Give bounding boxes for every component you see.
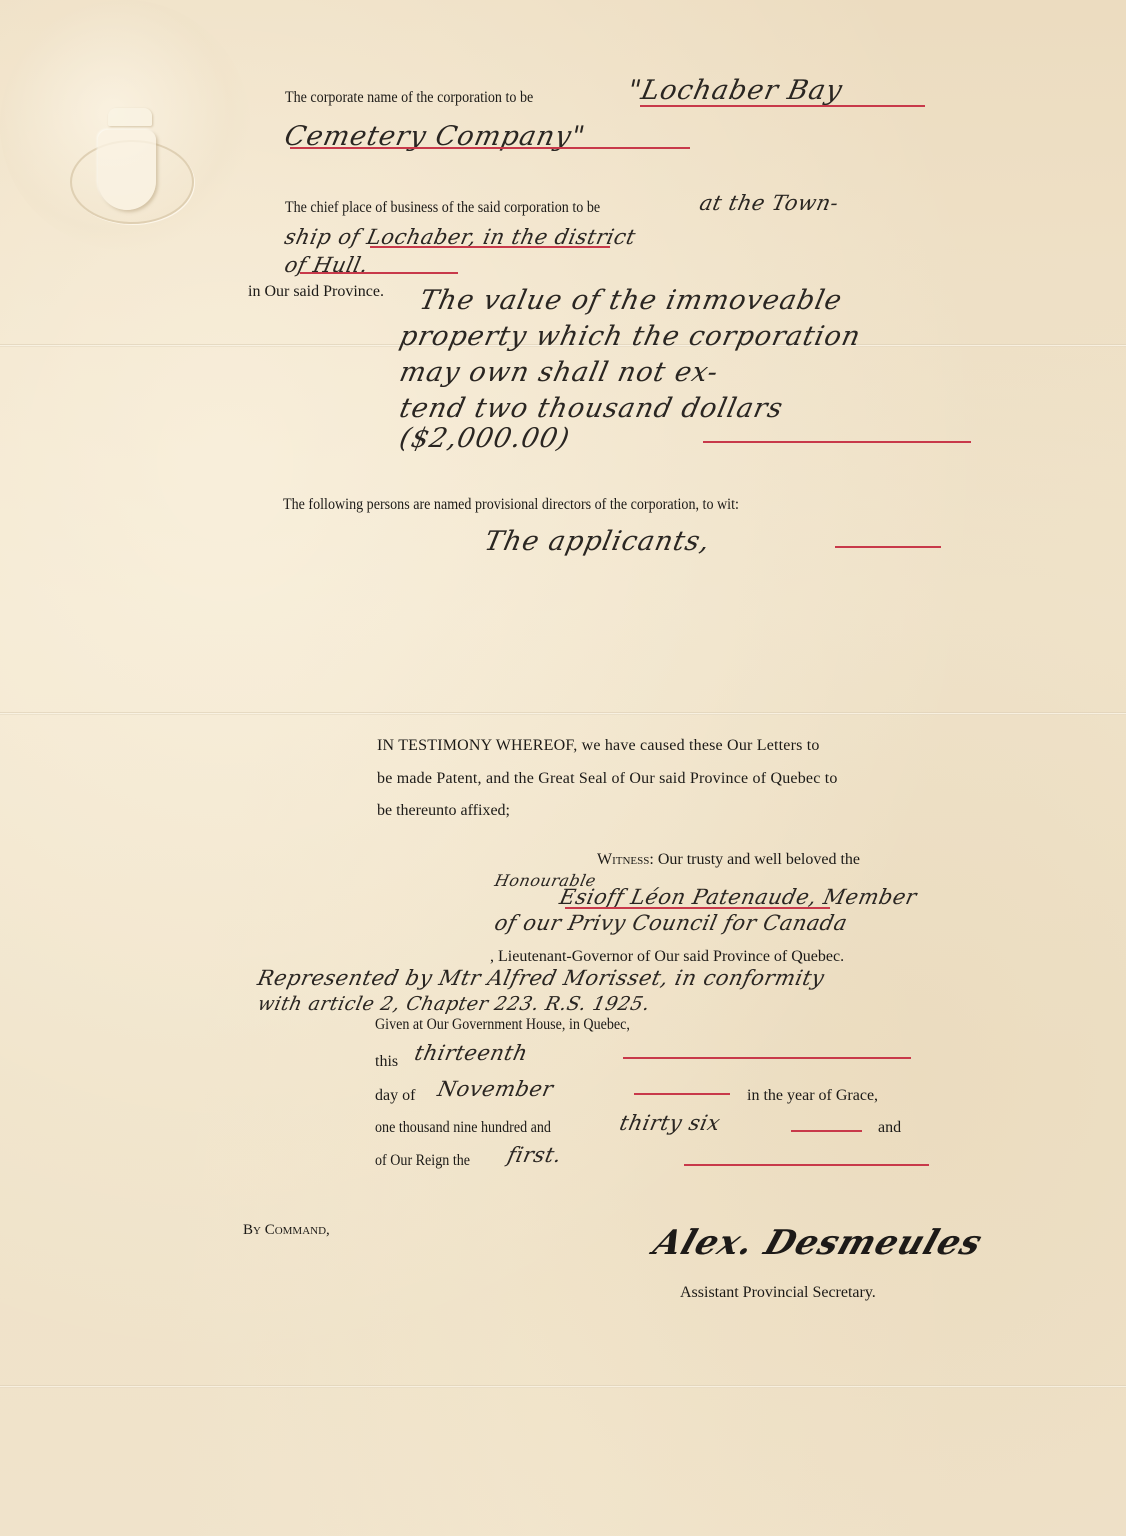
property-clause-line5: ($2,000.00) [397, 424, 573, 454]
witness-label: Witness: Our trusty and well beloved the [597, 851, 860, 869]
testimony-line1: IN TESTIMONY WHEREOF, we have caused the… [377, 737, 820, 755]
property-clause-line4: tend two thousand dollars [397, 394, 786, 424]
day-value: thirteenth [412, 1038, 531, 1068]
paper-fold-crease [0, 712, 1126, 715]
year-label: one thousand nine hundred and [375, 1119, 551, 1137]
red-rule [791, 1130, 862, 1132]
property-clause-line1: The value of the immoveable [417, 286, 845, 316]
red-rule [684, 1164, 929, 1166]
secretary-title: Assistant Provincial Secretary. [680, 1284, 876, 1302]
seal-crown-icon [108, 108, 152, 126]
property-clause-line3: may own shall not ex- [397, 358, 721, 388]
day-of-label: day of [375, 1087, 415, 1105]
by-command-label: By Command, [243, 1221, 330, 1239]
red-rule [290, 147, 690, 149]
reign-label: of Our Reign the [375, 1152, 470, 1170]
embossed-seal [0, 0, 250, 250]
red-rule [640, 105, 925, 107]
witness-label-rest: : Our trusty and well beloved the [649, 851, 860, 868]
red-rule [703, 441, 971, 443]
secretary-signature: Alex. Desmeules [649, 1223, 988, 1263]
corporate-name-line1: "Lochaber Bay [625, 76, 846, 106]
property-clause-line2: property which the corporation [397, 322, 864, 352]
year-of-grace-label: in the year of Grace, [747, 1087, 878, 1105]
year-value: thirty six [617, 1108, 723, 1138]
red-rule [300, 272, 458, 274]
seal-shield-icon [98, 130, 156, 210]
and-label: and [878, 1119, 901, 1137]
testimony-line3: be thereunto affixed; [377, 802, 510, 820]
red-rule [634, 1093, 730, 1095]
month-value: November [435, 1074, 557, 1104]
directors-value: The applicants, [482, 527, 713, 557]
red-rule [370, 246, 610, 248]
red-rule [835, 546, 941, 548]
red-rule [623, 1057, 911, 1059]
place-of-business-label: The chief place of business of the said … [285, 199, 600, 217]
testimony-line2: be made Patent, and the Great Seal of Ou… [377, 770, 838, 788]
corporate-name-label: The corporate name of the corporation to… [285, 89, 533, 107]
reign-value: first. [505, 1140, 565, 1170]
given-label: Given at Our Government House, in Quebec… [375, 1016, 630, 1034]
witness-privy-council: of our Privy Council for Canada [492, 908, 851, 938]
place-of-business-line3: of Hull. [282, 250, 371, 280]
place-of-business-line2: ship of Lochaber, in the district [282, 222, 639, 252]
represented-line2: with article 2, Chapter 223. R.S. 1925. [255, 989, 653, 1019]
directors-label: The following persons are named provisio… [283, 496, 739, 514]
place-of-business-line1: at the Town- [697, 188, 842, 218]
this-label: this [375, 1053, 398, 1071]
witness-label-sc: Witness [597, 851, 649, 868]
place-of-business-suffix: in Our said Province. [248, 283, 384, 301]
paper-fold-crease [0, 1385, 1126, 1388]
